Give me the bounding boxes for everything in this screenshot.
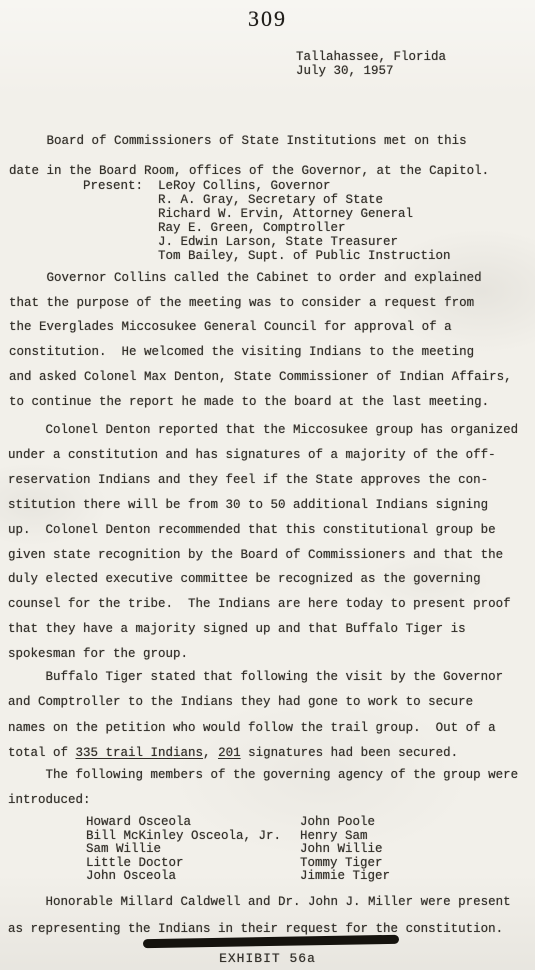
paragraph-caldwell-miller: Honorable Millard Caldwell and Dr. John … [8,889,511,943]
buffalo-line-mid: , [203,746,218,760]
present-block: Present:LeRoy Collins, Governor R. A. Gr… [83,179,451,263]
names-right-column: John Poole Henry Sam John Willie Tommy T… [300,816,390,884]
paragraph-governor-collins: Governor Collins called the Cabinet to o… [9,266,512,414]
names-left-column: Howard Osceola Bill McKinley Osceola, Jr… [86,816,281,884]
buffalo-line: names on the petition who would follow t… [8,721,496,735]
present-label: Present: [83,179,158,263]
dateline: Tallahassee, Florida July 30, 1957 [296,50,446,78]
page-number: 309 [0,6,535,32]
exhibit-label: EXHIBIT 56a [0,951,535,966]
underlined-signature-count: 201 [218,746,241,760]
scanned-document-page: 309 Tallahassee, Florida July 30, 1957 B… [0,0,535,970]
paragraph-buffalo-tiger: Buffalo Tiger stated that following the … [8,665,503,767]
underlined-total-trail-indians: 335 trail Indians [76,746,204,760]
present-members-list: LeRoy Collins, Governor R. A. Gray, Secr… [158,179,451,263]
buffalo-line: Buffalo Tiger stated that following the … [8,670,503,684]
buffalo-line-prefix: total of [8,746,76,760]
paragraph-colonel-denton: Colonel Denton reported that the Miccosu… [8,418,518,667]
paragraph-opening: Board of Commissioners of State Institut… [9,126,489,186]
buffalo-line-suffix: signatures had been secured. [241,746,459,760]
paragraph-following-members: The following members of the governing a… [8,763,518,813]
buffalo-line: and Comptroller to the Indians they had … [8,695,473,709]
